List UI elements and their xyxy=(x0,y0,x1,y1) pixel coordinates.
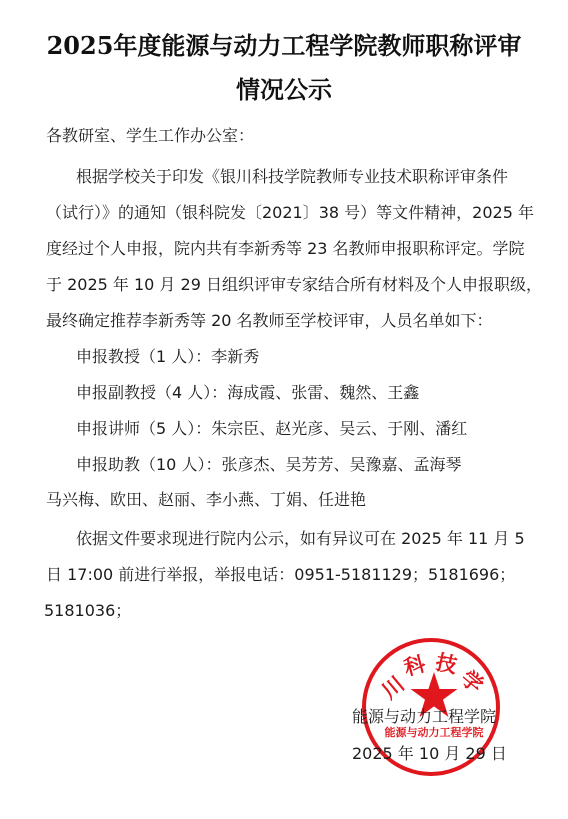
nominee-names-continued: 马兴梅、欧田、赵丽、李小燕、丁娟、任进艳 xyxy=(46,487,366,510)
nominee-category: 申报副教授（4 人）： xyxy=(76,383,227,402)
nominee-names: 张彦杰、吴芳芳、吴豫嘉、孟海琴 xyxy=(221,455,461,474)
nominee-category: 申报讲师（5 人）： xyxy=(76,419,211,438)
document-title-line1: 2025年度能源与动力工程学院教师职称评审 xyxy=(0,26,568,61)
nominee-category: 申报助教（10 人）： xyxy=(76,455,221,474)
notice-line: 依据文件要求现进行院内公示，如有异议可在 2025 年 11 月 5 xyxy=(76,526,525,549)
signature-org: 能源与动力工程学院 xyxy=(352,704,496,727)
body-line: 根据学校关于印发《银川科技学院教师专业技术职称评审条件 xyxy=(76,164,508,187)
salutation: 各教研室、学生工作办公室： xyxy=(46,123,254,146)
body-line: 度经过个人申报，院内共有李新秀等 23 名教师申报职称评定。学院 xyxy=(46,236,525,259)
signature-date: 2025 年 10 月 29 日 xyxy=(352,741,507,764)
notice-line: 5181036； xyxy=(44,598,131,621)
nominee-names: 李新秀 xyxy=(211,347,259,366)
nominee-names: 海成霞、张雷、魏然、王鑫 xyxy=(227,383,419,402)
body-line: 最终确定推荐李新秀等 20 名教师至学校评审，人员名单如下： xyxy=(46,308,493,331)
nominee-names: 朱宗臣、赵光彦、吴云、于刚、潘红 xyxy=(211,419,467,438)
nominee-category: 申报教授（1 人）： xyxy=(76,347,211,366)
nominee-row-associate-professor: 申报副教授（4 人）：海成霞、张雷、魏然、王鑫 xyxy=(76,380,419,403)
seal-arc-char: 川 xyxy=(375,669,410,705)
nominee-row-professor: 申报教授（1 人）：李新秀 xyxy=(76,344,259,367)
nominee-row-lecturer: 申报讲师（5 人）：朱宗臣、赵光彦、吴云、于刚、潘红 xyxy=(76,416,467,439)
body-line: 于 2025 年 10 月 29 日组织评审专家结合所有材料及个人申报职级， xyxy=(46,272,542,295)
nominee-row-teaching-assistant: 申报助教（10 人）：张彦杰、吴芳芳、吴豫嘉、孟海琴 xyxy=(76,452,461,475)
seal-arc-char: 学 xyxy=(455,663,490,699)
notice-line: 日 17:00 前进行举报，举报电话：0951-5181129；5181696； xyxy=(46,562,515,585)
document-title-line2: 情况公示 xyxy=(0,70,568,105)
body-line: （试行）》的通知（银科院发〔2021〕38 号）等文件精神，2025 年 xyxy=(46,200,534,223)
